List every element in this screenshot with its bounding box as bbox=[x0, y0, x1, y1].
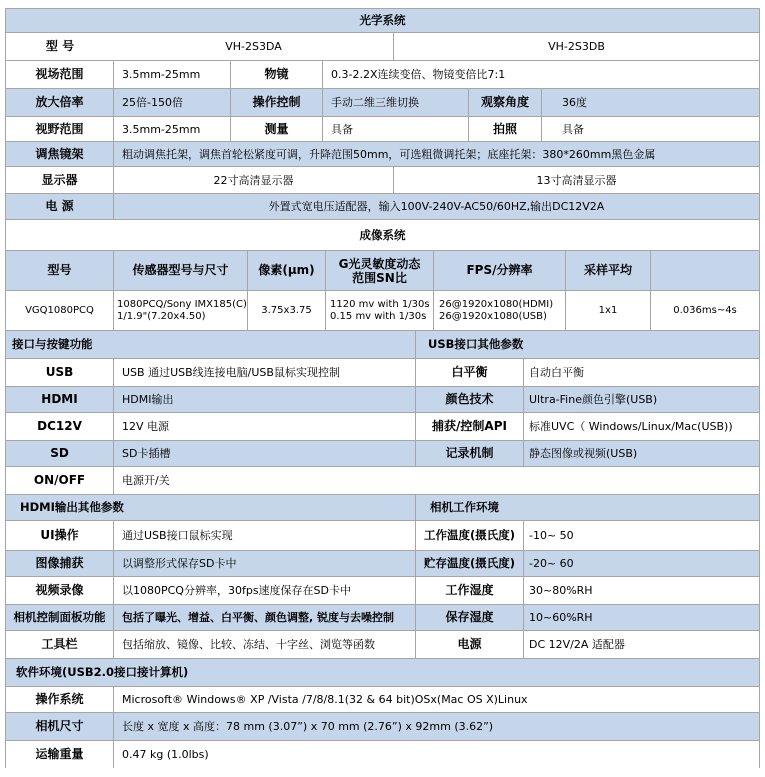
display-b: 13寸高清显示器 bbox=[394, 167, 760, 194]
usb-wb-label: 白平衡 bbox=[416, 359, 524, 387]
hdmi-params-section-title: HDMI输出其他参数 bbox=[6, 495, 416, 521]
control-label: 操作控制 bbox=[231, 89, 323, 117]
imaging-sn: 1120 mv with 1/30s 0.15 mv with 1/30s bbox=[326, 291, 434, 331]
mag-label: 放大倍率 bbox=[6, 89, 114, 117]
env-work-temp-label: 工作温度(摄氏度) bbox=[416, 521, 524, 551]
software-weight-label: 运输重量 bbox=[6, 741, 114, 768]
imaging-header-fps: FPS/分辨率 bbox=[434, 251, 566, 291]
hdmi-toolbar-value: 包括缩放、镜像、比较、冻结、十字丝、浏览等函数 bbox=[114, 631, 416, 659]
env-power-label: 电源 bbox=[416, 631, 524, 659]
software-size-value: 长度 x 宽度 x 高度：78 mm (3.07”) x 70 mm (2.76… bbox=[114, 713, 760, 741]
software-section-title: 软件环境(USB2.0接口接计算机) bbox=[6, 659, 760, 687]
interface-dc12v-label: DC12V bbox=[6, 413, 114, 441]
usb-color-label: 颜色技术 bbox=[416, 387, 524, 413]
imaging-exposure: 0.036ms~4s bbox=[651, 291, 760, 331]
interface-sd-label: SD bbox=[6, 441, 114, 467]
interface-onoff-value: 电源开/关 bbox=[114, 467, 760, 495]
control-value: 手动二维三维切换 bbox=[323, 89, 469, 117]
field-value: 3.5mm-25mm bbox=[114, 61, 231, 89]
power-label: 电 源 bbox=[6, 194, 114, 220]
hdmi-toolbar-label: 工具栏 bbox=[6, 631, 114, 659]
view-label: 视野范围 bbox=[6, 117, 114, 142]
software-os-value: Microsoft® Windows® XP /Vista /7/8/8.1(3… bbox=[114, 687, 760, 713]
display-a: 22寸高清显示器 bbox=[114, 167, 394, 194]
spec-table: 光学系统 型 号 VH-2S3DA VH-2S3DB 视场范围 3.5mm-25… bbox=[5, 8, 760, 768]
hdmi-video-value: 以1080PCQ分辨率，30fps速度保存在SD卡中 bbox=[114, 577, 416, 605]
imaging-fps-line1: 26@1920x1080(HDMI) bbox=[439, 299, 553, 311]
software-os-label: 操作系统 bbox=[6, 687, 114, 713]
usb-params-section-title: USB接口其他参数 bbox=[416, 331, 760, 359]
model-a: VH-2S3DA bbox=[114, 33, 394, 61]
field-label: 视场范围 bbox=[6, 61, 114, 89]
model-b: VH-2S3DB bbox=[394, 33, 760, 61]
hdmi-panel-value: 包括了曝光、增益、白平衡、颜色调整, 锐度与去噪控制 bbox=[114, 605, 416, 631]
imaging-header-exposure bbox=[651, 251, 760, 291]
photo-value: 具备 bbox=[542, 117, 760, 142]
interface-usb-value: USB 通过USB线连接电脑/USB鼠标实现控制 bbox=[114, 359, 416, 387]
optical-section-title: 光学系统 bbox=[6, 9, 760, 33]
env-store-humidity-value: 10~60%RH bbox=[524, 605, 760, 631]
imaging-header-sn-line1: G光灵敏度动态 bbox=[339, 257, 421, 271]
measure-value: 具备 bbox=[323, 117, 469, 142]
view-value: 3.5mm-25mm bbox=[114, 117, 231, 142]
focus-value: 粗动调焦托架，调焦首轮松紧度可调，升降范围50mm，可选粗微调托架；底座托架：3… bbox=[114, 142, 760, 167]
angle-value: 36度 bbox=[542, 89, 760, 117]
usb-api-label: 捕获/控制API bbox=[416, 413, 524, 441]
interface-sd-value: SD卡插槽 bbox=[114, 441, 416, 467]
imaging-fps: 26@1920x1080(HDMI) 26@1920x1080(USB) bbox=[434, 291, 566, 331]
interface-onoff-label: ON/OFF bbox=[6, 467, 114, 495]
env-store-temp-label: 贮存温度(摄氏度) bbox=[416, 551, 524, 577]
env-work-humidity-label: 工作湿度 bbox=[416, 577, 524, 605]
imaging-model: VGQ1080PCQ bbox=[6, 291, 114, 331]
hdmi-ui-value: 通过USB接口鼠标实现 bbox=[114, 521, 416, 551]
imaging-pixel: 3.75x3.75 bbox=[248, 291, 326, 331]
interface-hdmi-value: HDMI输出 bbox=[114, 387, 416, 413]
usb-api-value: 标准UVC（ Windows/Linux/Mac(USB)) bbox=[524, 413, 760, 441]
usb-record-label: 记录机制 bbox=[416, 441, 524, 467]
hdmi-video-label: 视频录像 bbox=[6, 577, 114, 605]
interface-hdmi-label: HDMI bbox=[6, 387, 114, 413]
interface-section-title: 接口与按键功能 bbox=[6, 331, 416, 359]
env-store-humidity-label: 保存湿度 bbox=[416, 605, 524, 631]
software-weight-value: 0.47 kg (1.0lbs) bbox=[114, 741, 760, 768]
environment-section-title: 相机工作环境 bbox=[416, 495, 760, 521]
env-power-value: DC 12V/2A 适配器 bbox=[524, 631, 760, 659]
interface-dc12v-value: 12V 电源 bbox=[114, 413, 416, 441]
software-size-label: 相机尺寸 bbox=[6, 713, 114, 741]
imaging-sn-line2: 0.15 mv with 1/30s bbox=[330, 311, 426, 323]
imaging-sensor-line1: 1080PCQ/Sony IMX185(C) bbox=[117, 299, 247, 311]
imaging-header-sn: G光灵敏度动态 范围SN比 bbox=[326, 251, 434, 291]
mag-value: 25倍-150倍 bbox=[114, 89, 231, 117]
display-label: 显示器 bbox=[6, 167, 114, 194]
imaging-header-sn-line2: 范围SN比 bbox=[352, 271, 407, 285]
objective-value: 0.3-2.2X连续变倍、物镜变倍比7:1 bbox=[323, 61, 760, 89]
imaging-header-sampling: 采样平均 bbox=[566, 251, 651, 291]
angle-label: 观察角度 bbox=[469, 89, 542, 117]
imaging-header-sensor: 传感器型号与尺寸 bbox=[114, 251, 248, 291]
imaging-sampling: 1x1 bbox=[566, 291, 651, 331]
usb-color-value: Ultra-Fine颜色引擎(USB) bbox=[524, 387, 760, 413]
measure-label: 测量 bbox=[231, 117, 323, 142]
imaging-fps-line2: 26@1920x1080(USB) bbox=[439, 311, 547, 323]
interface-usb-label: USB bbox=[6, 359, 114, 387]
imaging-header-pixel: 像素(μm) bbox=[248, 251, 326, 291]
focus-label: 调焦镜架 bbox=[6, 142, 114, 167]
imaging-sn-line1: 1120 mv with 1/30s bbox=[330, 299, 430, 311]
hdmi-capture-value: 以调整形式保存SD卡中 bbox=[114, 551, 416, 577]
imaging-section-title: 成像系统 bbox=[6, 220, 760, 251]
env-work-temp-value: -10~ 50 bbox=[524, 521, 760, 551]
power-value: 外置式宽电压适配器，输入100V-240V-AC50/60HZ,输出DC12V2… bbox=[114, 194, 760, 220]
hdmi-capture-label: 图像捕获 bbox=[6, 551, 114, 577]
imaging-sensor-line2: 1/1.9"(7.20x4.50) bbox=[117, 311, 206, 323]
photo-label: 拍照 bbox=[469, 117, 542, 142]
env-store-temp-value: -20~ 60 bbox=[524, 551, 760, 577]
model-label: 型 号 bbox=[6, 33, 114, 61]
env-work-humidity-value: 30~80%RH bbox=[524, 577, 760, 605]
usb-record-value: 静态图像或视频(USB) bbox=[524, 441, 760, 467]
objective-label: 物镜 bbox=[231, 61, 323, 89]
imaging-sensor: 1080PCQ/Sony IMX185(C) 1/1.9"(7.20x4.50) bbox=[114, 291, 248, 331]
hdmi-panel-label: 相机控制面板功能 bbox=[6, 605, 114, 631]
imaging-header-model: 型号 bbox=[6, 251, 114, 291]
usb-wb-value: 自动白平衡 bbox=[524, 359, 760, 387]
hdmi-ui-label: UI操作 bbox=[6, 521, 114, 551]
